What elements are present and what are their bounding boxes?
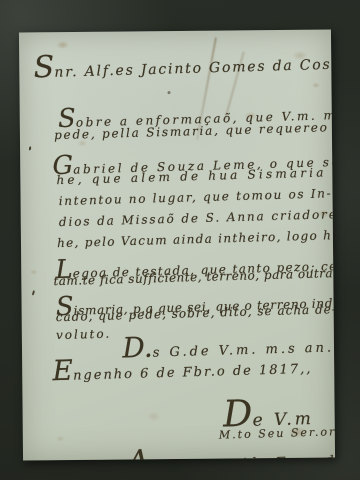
- body-line-12: voluto.: [56, 327, 112, 343]
- ink-speck: [168, 91, 171, 94]
- ink-speck: [29, 146, 32, 150]
- body-line-6: dios da Missaõ de S. Anna criadores: [59, 207, 335, 229]
- recipient-line: Snr. Alf.es Jacinto Gomes da Costa: [33, 41, 335, 85]
- body-line-5: intentou no lugar, que tomou os In-: [59, 186, 333, 208]
- ink-speck: [32, 290, 35, 295]
- signature-rubric-flourish: [299, 453, 335, 460]
- manuscript-paper: Snr. Alf.es Jacinto Gomes da Costa Sobre…: [19, 30, 335, 461]
- date-line: Engenho 6 de Fbr.o de 1817,,: [52, 347, 313, 387]
- photo-background: Snr. Alf.es Jacinto Gomes da Costa Sobre…: [0, 0, 360, 480]
- body-line-7: he, pelo Vacum ainda intheiro, logo hua: [57, 228, 335, 250]
